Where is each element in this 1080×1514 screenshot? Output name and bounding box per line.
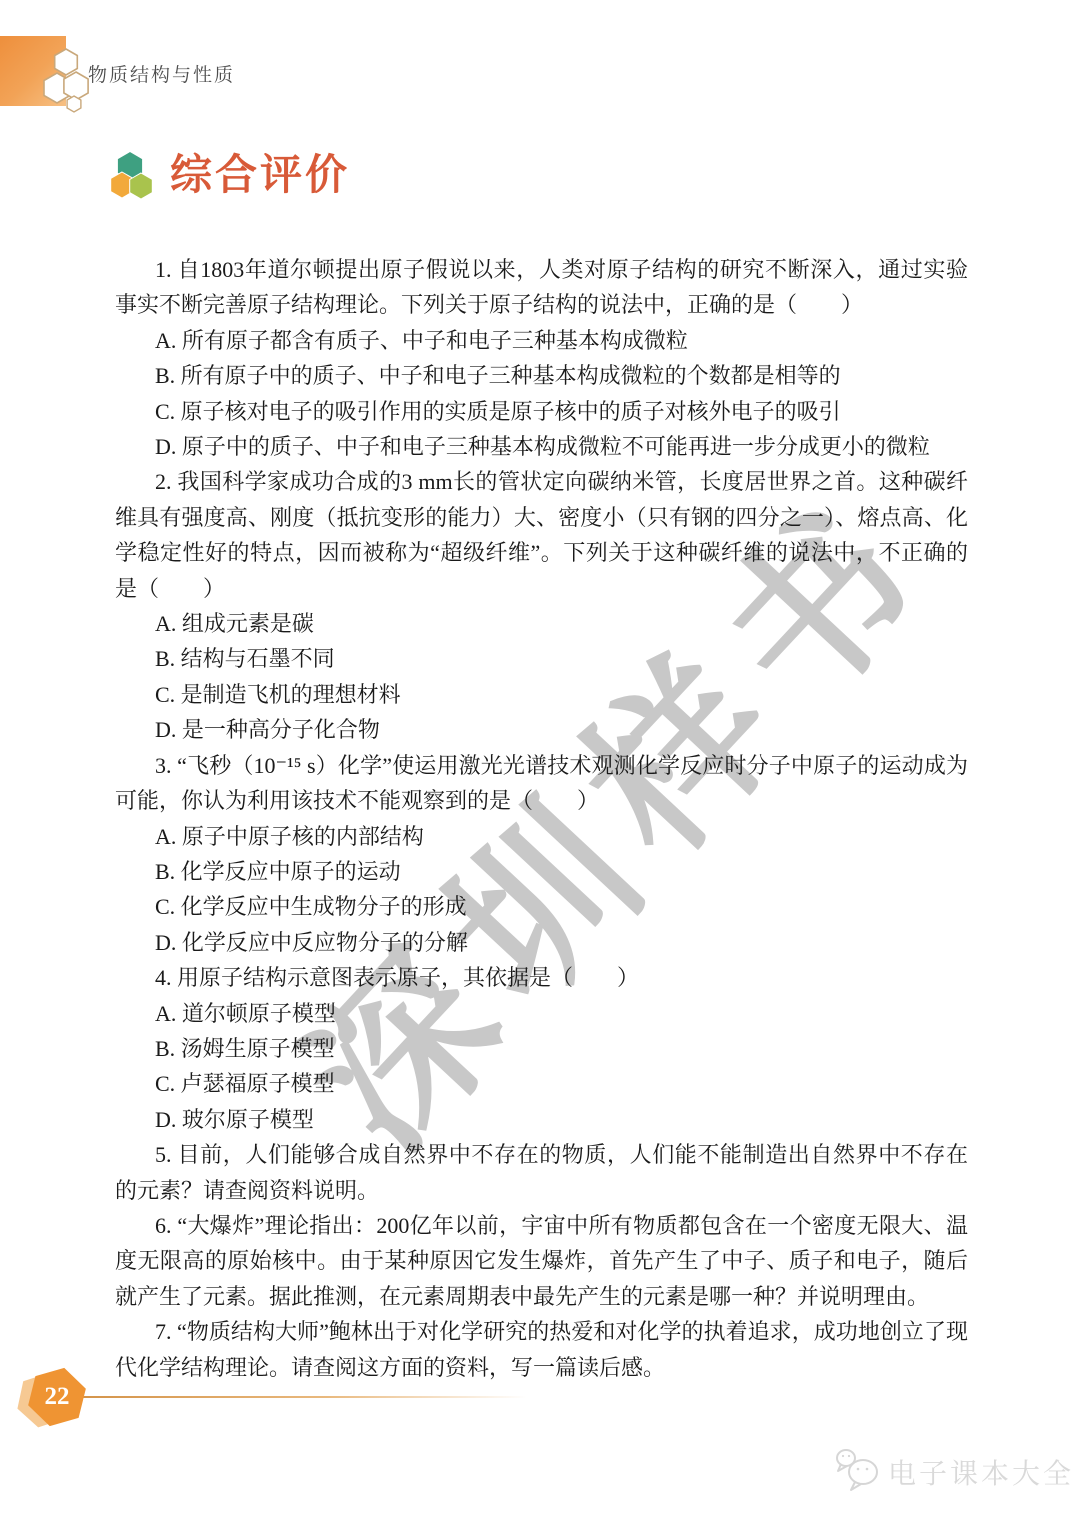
question-3-option-c: C. 化学反应中生成物分子的形成 (115, 889, 968, 924)
question-4: 4. 用原子结构示意图表示原子，其依据是（ ） A. 道尔顿原子模型 B. 汤姆… (115, 960, 968, 1137)
question-7-stem: 7. “物质结构大师”鲍林出于对化学研究的热爱和对化学的执着追求，成功地创立了现… (115, 1314, 968, 1385)
question-1-stem: 1. 自1803年道尔顿提出原子假说以来，人类对原子结构的研究不断深入，通过实验… (115, 252, 968, 323)
question-6: 6. “大爆炸”理论指出：200亿年以前，宇宙中所有物质都包含在一个密度无限大、… (115, 1208, 968, 1314)
question-4-option-a: A. 道尔顿原子模型 (115, 996, 968, 1031)
question-1: 1. 自1803年道尔顿提出原子假说以来，人类对原子结构的研究不断深入，通过实验… (115, 252, 968, 464)
question-3: 3. “飞秒（10⁻¹⁵ s）化学”使运用激光光谱技术观测化学反应时分子中原子的… (115, 748, 968, 960)
chapter-title: 物质结构与性质 (88, 60, 235, 87)
question-7: 7. “物质结构大师”鲍林出于对化学研究的热爱和对化学的执着追求，成功地创立了现… (115, 1314, 968, 1385)
question-6-stem: 6. “大爆炸”理论指出：200亿年以前，宇宙中所有物质都包含在一个密度无限大、… (115, 1208, 968, 1314)
textbook-page: 物质结构与性质 综合评价 深圳样书 1. 自1803年道尔顿提出原子假说以来，人… (0, 0, 1080, 1514)
question-3-option-b: B. 化学反应中原子的运动 (115, 854, 968, 889)
question-2: 2. 我国科学家成功合成的3 mm长的管状定向碳纳米管，长度居世界之首。这种碳纤… (115, 464, 968, 747)
question-2-option-a: A. 组成元素是碳 (115, 606, 968, 641)
question-2-stem: 2. 我国科学家成功合成的3 mm长的管状定向碳纳米管，长度居世界之首。这种碳纤… (115, 464, 968, 606)
question-4-stem: 4. 用原子结构示意图表示原子，其依据是（ ） (115, 960, 968, 995)
question-5: 5. 目前，人们能够合成自然界中不存在的物质，人们能不能制造出自然界中不存在的元… (115, 1137, 968, 1208)
hexagon-cluster-icon (106, 148, 156, 200)
question-3-stem: 3. “飞秒（10⁻¹⁵ s）化学”使运用激光光谱技术观测化学反应时分子中原子的… (115, 748, 968, 819)
question-3-option-a: A. 原子中原子核的内部结构 (115, 819, 968, 854)
page-number: 22 (37, 1383, 77, 1411)
question-4-option-c: C. 卢瑟福原子模型 (115, 1066, 968, 1101)
question-4-option-b: B. 汤姆生原子模型 (115, 1031, 968, 1066)
question-2-option-c: C. 是制造飞机的理想材料 (115, 677, 968, 712)
question-1-option-d: D. 原子中的质子、中子和电子三种基本构成微粒不可能再进一步分成更小的微粒 (115, 429, 968, 464)
question-3-option-d: D. 化学反应中反应物分子的分解 (115, 925, 968, 960)
footer-divider-line (82, 1396, 527, 1398)
brand-text: 电子课本大全 (888, 1452, 1074, 1492)
question-2-option-d: D. 是一种高分子化合物 (115, 712, 968, 747)
honeycomb-hexagons-icon (36, 44, 96, 114)
question-list: 1. 自1803年道尔顿提出原子假说以来，人类对原子结构的研究不断深入，通过实验… (115, 252, 968, 1385)
question-1-option-b: B. 所有原子中的质子、中子和电子三种基本构成微粒的个数都是相等的 (115, 358, 968, 393)
question-4-option-d: D. 玻尔原子模型 (115, 1102, 968, 1137)
section-title: 综合评价 (170, 142, 350, 202)
question-1-option-a: A. 所有原子都含有质子、中子和电子三种基本构成微粒 (115, 323, 968, 358)
question-5-stem: 5. 目前，人们能够合成自然界中不存在的物质，人们能不能制造出自然界中不存在的元… (115, 1137, 968, 1208)
chat-bubbles-icon (834, 1442, 882, 1492)
question-2-option-b: B. 结构与石墨不同 (115, 641, 968, 676)
question-1-option-c: C. 原子核对电子的吸引作用的实质是原子核中的质子对核外电子的吸引 (115, 394, 968, 429)
